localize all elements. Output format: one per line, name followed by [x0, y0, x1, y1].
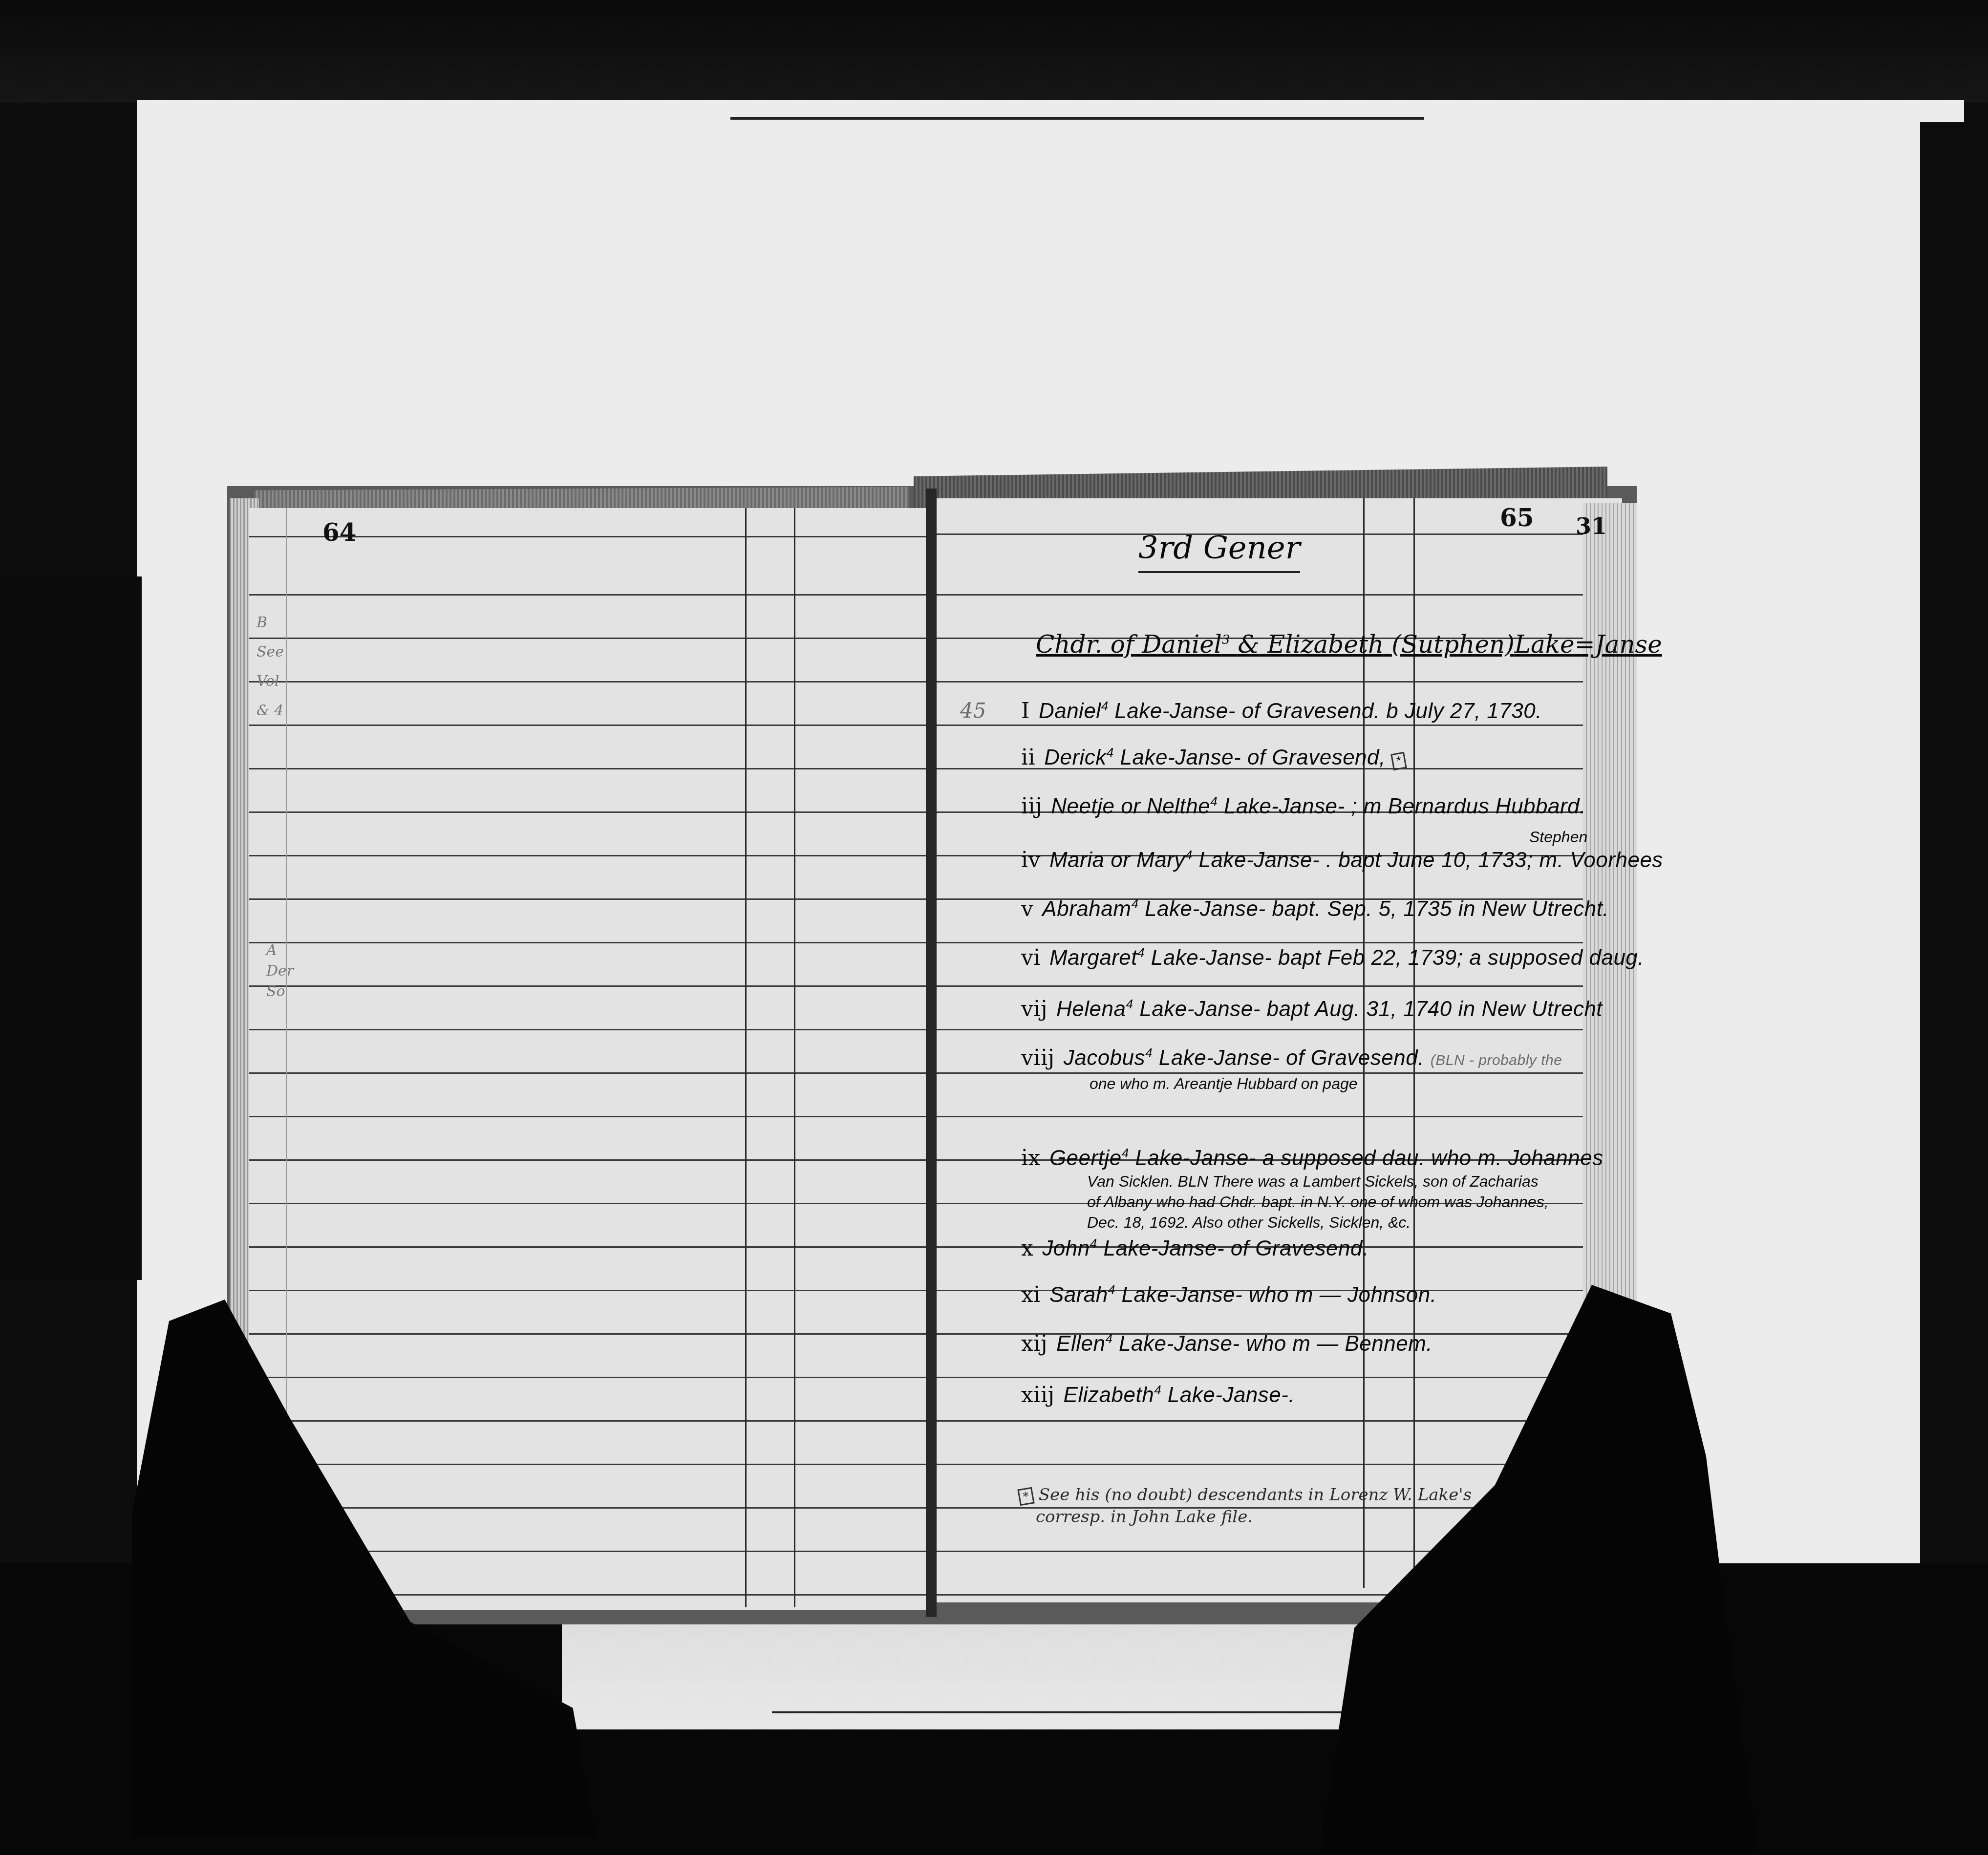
child-details: Lake-Janse- who m — Bennem. [1119, 1332, 1432, 1356]
child-generation: 4 [1107, 745, 1114, 760]
interlinear-note: Stephen [1529, 828, 1587, 846]
child-name: Geertje [1049, 1146, 1122, 1170]
child-entry: vijHelena4 Lake-Janse- bapt Aug. 31, 174… [1021, 997, 1603, 1022]
right-page-column-rule [1413, 498, 1415, 1588]
child-name: Abraham [1042, 897, 1131, 921]
child-generation: 4 [1122, 1146, 1129, 1160]
child-numeral: vij [1021, 997, 1047, 1022]
bottom-guide-rule [772, 1711, 1358, 1713]
child-name: Derick [1044, 746, 1107, 769]
child-name: Maria or Mary [1049, 848, 1185, 872]
continuation-line: Van Sicklen. BLN There was a Lambert Sic… [1087, 1173, 1539, 1191]
child-name: Jacobus [1064, 1046, 1145, 1070]
child-entry: iiDerick4 Lake-Janse- of Gravesend, * [1021, 745, 1405, 770]
child-details: Lake-Janse- of Gravesend. [1103, 1237, 1368, 1260]
child-name: Daniel [1039, 699, 1101, 723]
top-guide-rule [730, 117, 1424, 120]
left-page-number: 64 [322, 518, 357, 547]
left-margin-note: B See Vol & 4 [257, 608, 284, 725]
child-generation: 4 [1105, 1331, 1112, 1346]
footnote-line-2: corresp. in John Lake file. [1036, 1507, 1253, 1527]
child-name: Margaret [1049, 946, 1137, 970]
child-generation: 4 [1108, 1282, 1115, 1297]
child-generation: 4 [1210, 794, 1218, 809]
child-details: Lake-Janse- bapt Feb 22, 1739; a suppose… [1151, 946, 1644, 970]
continuation-line: one who m. Areantje Hubbard on page [1090, 1075, 1358, 1093]
left-page-column-rule [794, 508, 795, 1607]
child-numeral: xi [1021, 1282, 1041, 1307]
footnote-marker: * [1017, 1487, 1034, 1506]
child-numeral: I [1021, 699, 1030, 724]
child-details: Lake-Janse- of Gravesend. [1159, 1046, 1424, 1070]
child-name: Neetje or Nelthe [1051, 794, 1210, 818]
note-marker: * [1390, 752, 1407, 770]
book-spine [926, 489, 937, 1617]
footnote: * See his (no doubt) descendants in Lore… [1019, 1485, 1472, 1505]
child-entry: ivMaria or Mary4 Lake-Janse- . bapt June… [1021, 848, 1663, 873]
left-margin-note-lower: A Der So [266, 940, 294, 1002]
child-numeral: ii [1021, 745, 1035, 770]
child-entry: xJohn4 Lake-Janse- of Gravesend. [1021, 1236, 1369, 1261]
child-numeral: viij [1021, 1045, 1055, 1070]
child-details: Lake-Janse- a supposed dau. who m. Johan… [1135, 1146, 1603, 1170]
film-border-left [0, 576, 142, 1280]
child-details: Lake-Janse-. [1168, 1383, 1295, 1407]
child-entry: viMargaret4 Lake-Janse- bapt Feb 22, 173… [1021, 945, 1644, 970]
child-generation: 4 [1137, 945, 1145, 960]
child-generation: 4 [1090, 1236, 1097, 1251]
child-generation: 4 [1131, 896, 1138, 911]
right-page-column-rule [1363, 498, 1365, 1588]
generation-heading: 3rd Gener [1138, 530, 1300, 573]
child-numeral: x [1021, 1236, 1033, 1261]
child-details: Lake-Janse- of Gravesend, [1120, 746, 1386, 769]
child-generation: 4 [1154, 1383, 1161, 1397]
child-entry: viijJacobus4 Lake-Janse- of Gravesend. (… [1021, 1045, 1562, 1070]
left-page [249, 508, 931, 1610]
child-details: Lake-Janse- bapt. Sep. 5, 1735 in New Ut… [1145, 897, 1609, 921]
child-entry: xiSarah4 Lake-Janse- who m — Johnson. [1021, 1282, 1437, 1307]
child-numeral: vi [1021, 945, 1041, 970]
child-name: Ellen [1056, 1332, 1105, 1356]
adjacent-page-number: 31 [1576, 513, 1607, 539]
child-name: Helena [1056, 997, 1126, 1021]
child-name: Sarah [1049, 1283, 1108, 1307]
child-entry: xiijElizabeth4 Lake-Janse-. [1021, 1383, 1295, 1407]
pencil-note: (BLN - probably the [1431, 1052, 1562, 1068]
child-details: Lake-Janse- of Gravesend. b July 27, 173… [1114, 699, 1542, 723]
child-generation: 4 [1101, 699, 1109, 713]
child-numeral: xij [1021, 1331, 1047, 1356]
child-entry: xijEllen4 Lake-Janse- who m — Bennem. [1021, 1331, 1432, 1356]
child-generation: 4 [1126, 997, 1133, 1011]
child-details: Lake-Janse- . bapt June 10, 1733; m. Voo… [1199, 848, 1663, 872]
child-numeral: xiij [1021, 1383, 1055, 1407]
child-details: Lake-Janse- who m — Johnson. [1122, 1283, 1437, 1307]
pencil-margin-mark: 45 [960, 699, 986, 723]
child-details: Lake-Janse- bapt Aug. 31, 1740 in New Ut… [1139, 997, 1603, 1021]
continuation-line: Dec. 18, 1692. Also other Sickells, Sick… [1087, 1214, 1411, 1232]
film-border-top [0, 0, 1988, 103]
child-name: John [1042, 1237, 1090, 1260]
child-generation: 4 [1185, 848, 1193, 862]
child-numeral: v [1021, 896, 1033, 921]
right-page-number: 65 [1500, 503, 1534, 532]
continuation-line: of Albany who had Chdr. bapt. in N.Y. on… [1087, 1193, 1549, 1211]
child-entry: ixGeertje4 Lake-Janse- a supposed dau. w… [1021, 1146, 1603, 1171]
child-numeral: iv [1021, 848, 1041, 873]
child-entry: iijNeetje or Nelthe4 Lake-Janse- ; m Ber… [1021, 794, 1586, 819]
child-entry: IDaniel4 Lake-Janse- of Gravesend. b Jul… [1021, 699, 1542, 724]
child-numeral: iij [1021, 794, 1042, 819]
child-entry: vAbraham4 Lake-Janse- bapt. Sep. 5, 1735… [1021, 896, 1609, 921]
family-heading: Chdr. of Daniel3 & Elizabeth (Sutphen)La… [1036, 630, 1662, 659]
child-name: Elizabeth [1064, 1383, 1154, 1407]
left-page-column-rule [745, 508, 747, 1607]
child-generation: 4 [1145, 1045, 1153, 1060]
child-numeral: ix [1021, 1146, 1041, 1171]
child-details: Lake-Janse- ; m Bernardus Hubbard. [1224, 794, 1586, 818]
